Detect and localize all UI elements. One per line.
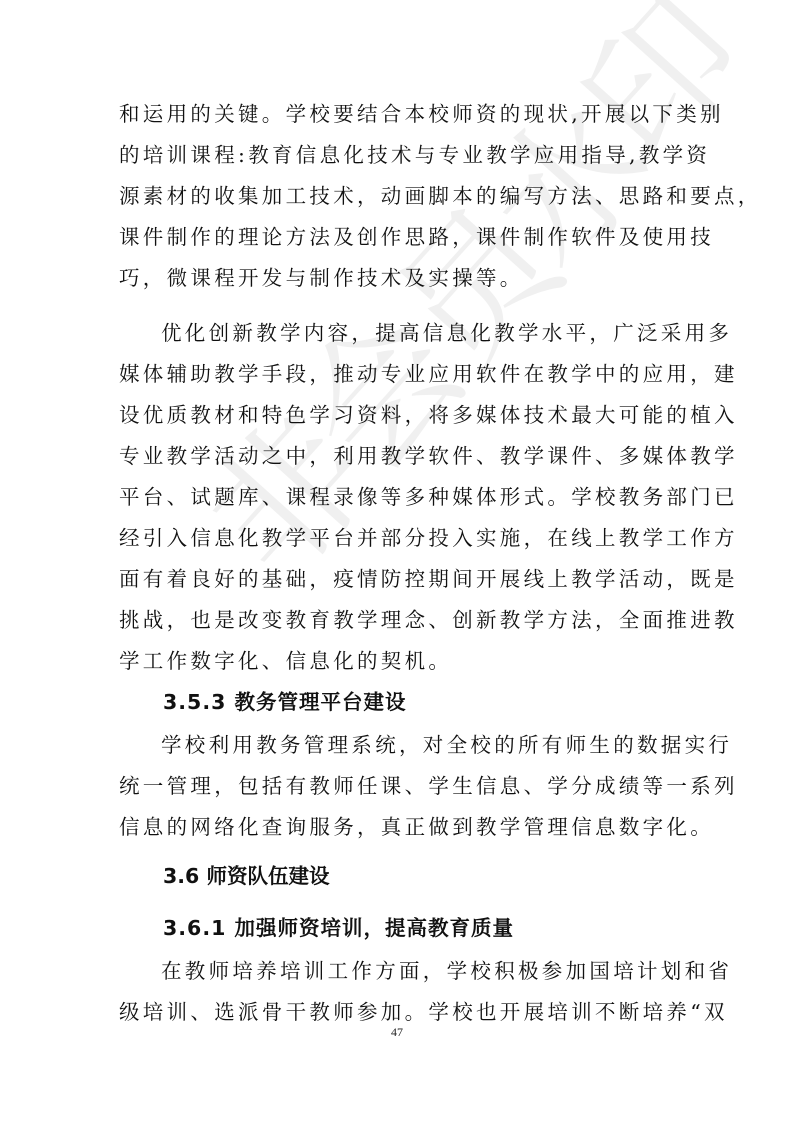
section-heading-3-6-1: 3.6.1 加强师资培训，提高教育质量: [163, 908, 514, 948]
text-line: 和运用的关键。学校要结合本校师资的现状,开展以下类别: [119, 94, 675, 134]
section-heading-3-5-3: 3.5.3 教务管理平台建设: [163, 682, 407, 722]
text-line: 源素材的收集加工技术，动画脚本的编写方法、思路和要点，: [119, 176, 675, 216]
text-line: 设优质教材和特色学习资料，将多媒体技术最大可能的植入: [119, 395, 675, 435]
text-line: 在教师培养培训工作方面，学校积极参加国培计划和省: [119, 951, 675, 991]
text-line: 经引入信息化教学平台并部分投入实施，在线上教学工作方: [119, 518, 675, 558]
text-line: 专业教学活动之中，利用教学软件、教学课件、多媒体教学: [119, 436, 675, 476]
text-line: 学工作数字化、信息化的契机。: [119, 641, 675, 681]
text-line: 挑战，也是改变教育教学理念、创新教学方法，全面推进教: [119, 600, 675, 640]
document-page: 非会员水印 和运用的关键。学校要结合本校师资的现状,开展以下类别 的培训课程:教…: [0, 0, 794, 1123]
text-line: 优化创新教学内容，提高信息化教学水平，广泛采用多: [119, 313, 675, 353]
text-line: 课件制作的理论方法及创作思路，课件制作软件及使用技: [119, 217, 675, 257]
text-line: 学校利用教务管理系统，对全校的所有师生的数据实行: [119, 725, 675, 765]
text-line: 信息的网络化查询服务，真正做到教学管理信息数字化。: [119, 807, 675, 847]
text-line: 的培训课程:教育信息化技术与专业教学应用指导,教学资: [119, 135, 675, 175]
text-line: 面有着良好的基础，疫情防控期间开展线上教学活动，既是: [119, 559, 675, 599]
text-line: 巧，微课程开发与制作技术及实操等。: [119, 258, 675, 298]
text-line: 统一管理，包括有教师任课、学生信息、学分成绩等一系列: [119, 766, 675, 806]
text-line: 平台、试题库、课程录像等多种媒体形式。学校教务部门已: [119, 477, 675, 517]
section-heading-3-6: 3.6 师资队伍建设: [163, 856, 329, 896]
text-line: 媒体辅助教学手段，推动专业应用软件在教学中的应用，建: [119, 354, 675, 394]
page-number: 47: [0, 1025, 794, 1040]
